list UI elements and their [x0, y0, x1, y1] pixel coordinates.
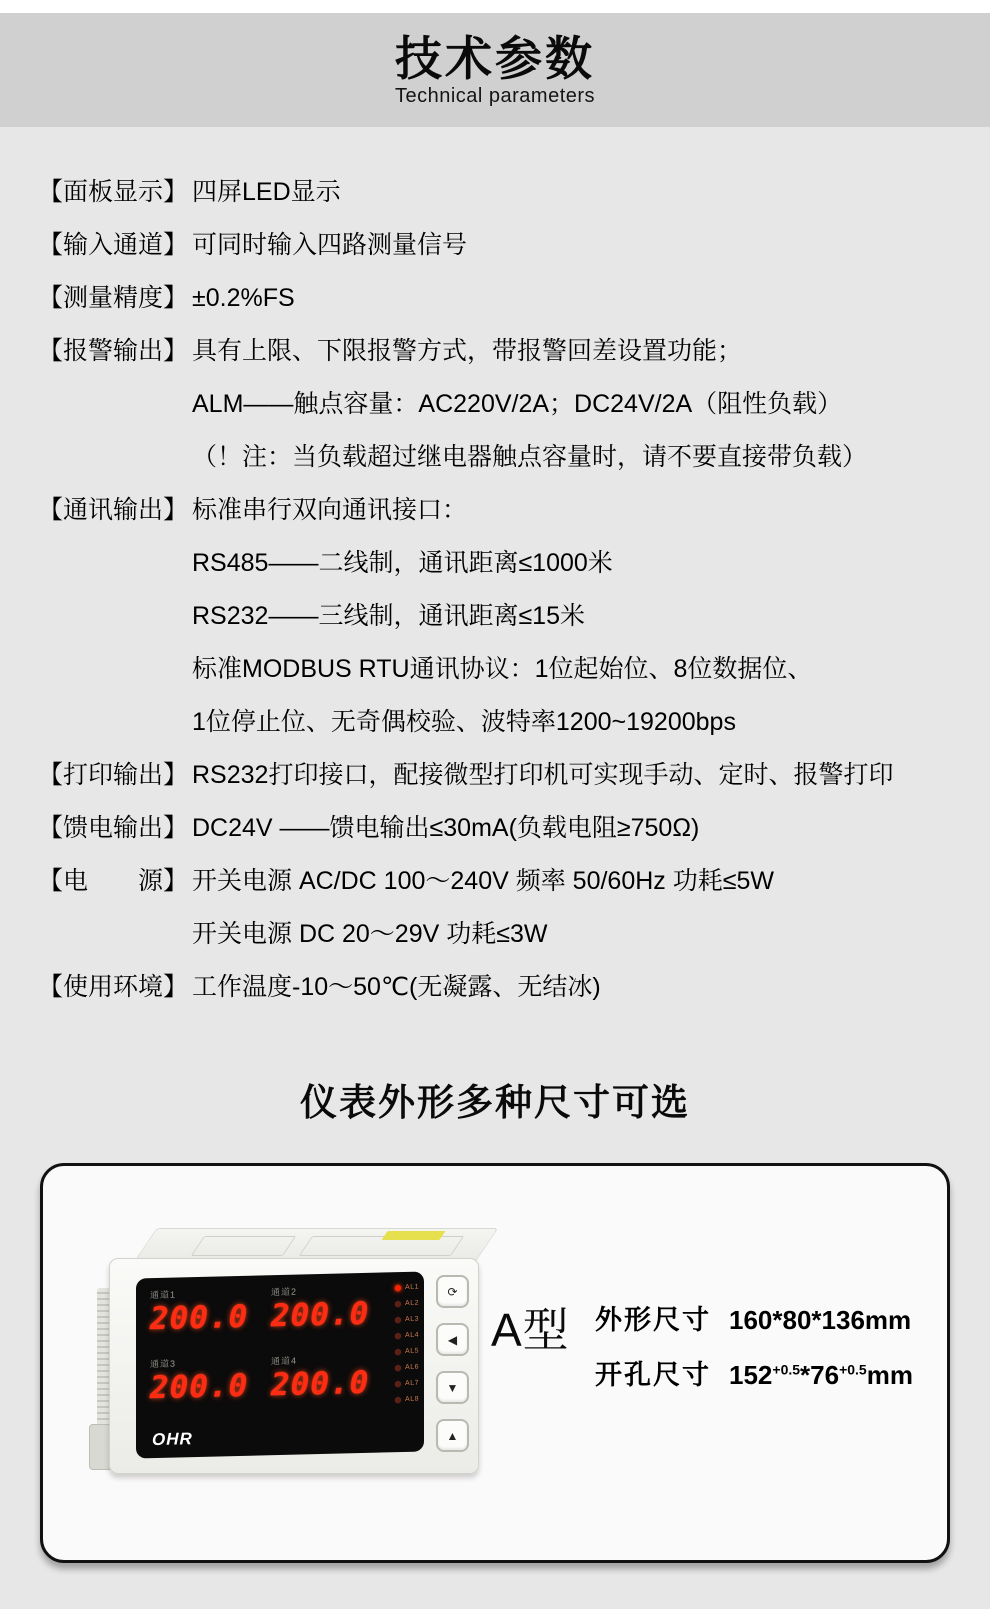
- spec-value-line: ALM——触点容量：AC220V/2A；DC24V/2A（阻性负载）: [192, 378, 968, 431]
- channel-2: 通道2 200.0: [271, 1280, 384, 1352]
- cutout-dimension-value: 152+0.5*76+0.5mm: [729, 1360, 913, 1391]
- cycle-button-icon: ⟳: [436, 1275, 469, 1308]
- channel-2-value: 200.0: [271, 1298, 384, 1332]
- alarm-led-column: AL1 AL2 AL3 AL4: [395, 1284, 419, 1404]
- channel-grid: 通道1 200.0 通道2 200.0 通道3 200.0 通道4: [150, 1280, 384, 1424]
- top-white-strip: [0, 0, 990, 13]
- meter-yellow-sticker: [382, 1231, 446, 1240]
- header-band: 技术参数 Technical parameters: [0, 13, 990, 127]
- spec-row-environment: 【使用环境】 工作温度-10～50℃(无凝露、无结冰): [38, 961, 968, 1014]
- model-size-panel: 通道1 200.0 通道2 200.0 通道3 200.0 通道4: [40, 1163, 950, 1563]
- channel-4-value: 200.0: [271, 1367, 384, 1401]
- spec-row-comm-output: 【通讯输出】 标准串行双向通讯接口： RS485——二线制，通讯距离≤1000米…: [38, 484, 968, 749]
- cutout-dimension-row: 开孔尺寸 152+0.5*76+0.5mm: [595, 1353, 913, 1392]
- spec-value-line: 1位停止位、无奇偶校验、波特率1200~19200bps: [192, 696, 968, 749]
- led-dot-icon: [395, 1301, 401, 1307]
- channel-1: 通道1 200.0: [150, 1283, 263, 1355]
- spec-row-input-channels: 【输入通道】 可同时输入四路测量信号: [38, 219, 968, 272]
- spec-value-line: ±0.2%FS: [192, 272, 968, 325]
- alarm-led-al8: AL8: [395, 1396, 419, 1404]
- spec-list: 【面板显示】 四屏LED显示 【输入通道】 可同时输入四路测量信号 【测量精度】…: [38, 166, 968, 1014]
- channel-1-value: 200.0: [150, 1301, 263, 1335]
- alarm-led-al1: AL1: [395, 1284, 419, 1292]
- spec-value-line: 开关电源 DC 20～29V 功耗≤3W: [192, 908, 968, 961]
- spec-label: 【测量精度】: [38, 272, 192, 325]
- spec-label: 【使用环境】: [38, 961, 192, 1014]
- spec-row-panel-display: 【面板显示】 四屏LED显示: [38, 166, 968, 219]
- spec-label: 【馈电输出】: [38, 802, 192, 855]
- alarm-led-al7: AL7: [395, 1380, 419, 1388]
- spec-label: 【通讯输出】: [38, 484, 192, 537]
- spec-value-line: 开关电源 AC/DC 100～240V 频率 50/60Hz 功耗≤5W: [192, 855, 968, 908]
- outer-dimension-value: 160*80*136mm: [729, 1305, 911, 1336]
- meter-top-label-box: [191, 1236, 296, 1256]
- dimension-block: 外形尺寸 160*80*136mm 开孔尺寸 152+0.5*76+0.5mm: [595, 1298, 913, 1408]
- alarm-led-al3: AL3: [395, 1316, 419, 1324]
- spec-value-line: 四屏LED显示: [192, 166, 968, 219]
- spec-value-line: （！注：当负载超过继电器触点容量时，请不要直接带负载）: [192, 431, 968, 484]
- up-arrow-button-icon: ▲: [436, 1419, 469, 1452]
- page-subtitle: Technical parameters: [0, 85, 990, 108]
- meter-led-display: 通道1 200.0 通道2 200.0 通道3 200.0 通道4: [136, 1271, 424, 1458]
- spec-label: 【输入通道】: [38, 219, 192, 272]
- brand-logo: OHR: [152, 1429, 193, 1450]
- led-dot-icon: [395, 1349, 401, 1355]
- spec-value-line: 标准MODBUS RTU通讯协议：1位起始位、8位数据位、: [192, 643, 968, 696]
- spec-row-power: 【电 源】 开关电源 AC/DC 100～240V 频率 50/60Hz 功耗≤…: [38, 855, 968, 961]
- spec-value-line: RS232——三线制，通讯距离≤15米: [192, 590, 968, 643]
- led-dot-icon: [395, 1381, 401, 1387]
- alarm-led-al2: AL2: [395, 1300, 419, 1308]
- spec-value-line: RS232打印接口，配接微型打印机可实现手动、定时、报警打印: [192, 749, 968, 802]
- led-dot-icon: [395, 1333, 401, 1339]
- meter-button-column: ⟳ ◀ ▼ ▲: [436, 1275, 469, 1452]
- outer-dimension-row: 外形尺寸 160*80*136mm: [595, 1298, 913, 1337]
- alarm-led-al5: AL5: [395, 1348, 419, 1356]
- section-title: 仪表外形多种尺寸可选: [0, 1072, 990, 1126]
- channel-4: 通道4 200.0: [271, 1349, 384, 1421]
- spec-row-alarm-output: 【报警输出】 具有上限、下限报警方式，带报警回差设置功能； ALM——触点容量：…: [38, 325, 968, 484]
- led-dot-icon: [395, 1365, 401, 1371]
- model-name: A型: [491, 1294, 570, 1360]
- alarm-led-al6: AL6: [395, 1364, 419, 1372]
- channel-3: 通道3 200.0: [150, 1352, 263, 1424]
- channel-3-value: 200.0: [150, 1370, 263, 1404]
- spec-row-print-output: 【打印输出】 RS232打印接口，配接微型打印机可实现手动、定时、报警打印: [38, 749, 968, 802]
- meter-front-bezel: 通道1 200.0 通道2 200.0 通道3 200.0 通道4: [109, 1258, 479, 1474]
- spec-row-feed-output: 【馈电输出】 DC24V ——馈电输出≤30mA(负载电阻≥750Ω): [38, 802, 968, 855]
- down-arrow-button-icon: ▼: [436, 1371, 469, 1404]
- led-dot-icon: [395, 1317, 401, 1323]
- meter-product-image: 通道1 200.0 通道2 200.0 通道3 200.0 通道4: [63, 1196, 483, 1496]
- spec-label: 【打印输出】: [38, 749, 192, 802]
- spec-value-line: 工作温度-10～50℃(无凝露、无结冰): [192, 961, 968, 1014]
- page-title: 技术参数: [0, 33, 990, 85]
- spec-value-line: DC24V ——馈电输出≤30mA(负载电阻≥750Ω): [192, 802, 968, 855]
- spec-row-accuracy: 【测量精度】 ±0.2%FS: [38, 272, 968, 325]
- alarm-led-al4: AL4: [395, 1332, 419, 1340]
- spec-value-line: 可同时输入四路测量信号: [192, 219, 968, 272]
- led-dot-icon: [395, 1397, 401, 1403]
- spec-label: 【面板显示】: [38, 166, 192, 219]
- led-dot-icon: [395, 1285, 401, 1291]
- spec-value-line: RS485——二线制，通讯距离≤1000米: [192, 537, 968, 590]
- spec-value-line: 标准串行双向通讯接口：: [192, 484, 968, 537]
- left-arrow-button-icon: ◀: [436, 1323, 469, 1356]
- cutout-dimension-label: 开孔尺寸: [595, 1353, 711, 1392]
- spec-label: 【报警输出】: [38, 325, 192, 378]
- spec-value-line: 具有上限、下限报警方式，带报警回差设置功能；: [192, 325, 968, 378]
- page: 技术参数 Technical parameters 【面板显示】 四屏LED显示…: [0, 0, 990, 1609]
- spec-label: 【电 源】: [38, 855, 192, 908]
- outer-dimension-label: 外形尺寸: [595, 1298, 711, 1337]
